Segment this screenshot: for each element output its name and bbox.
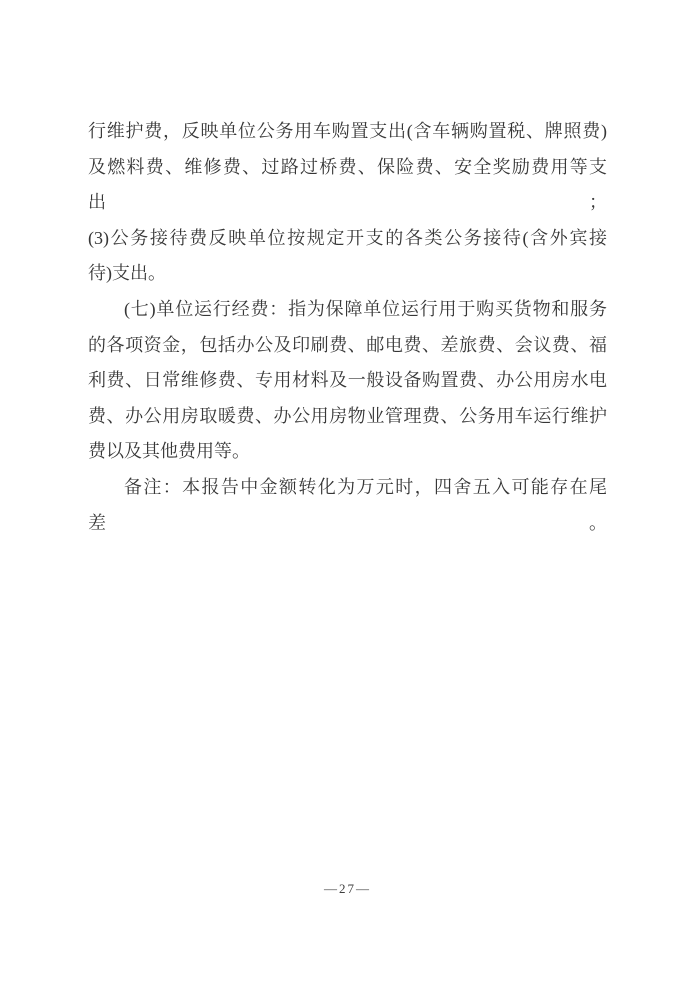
paragraph-vehicle-expense-line: 行维护费，反映单位公务用车购置支出(含车辆购置税、牌照费) (88, 114, 607, 150)
document-page: 行维护费，反映单位公务用车购置支出(含车辆购置税、牌照费) 及燃料费、维修费、过… (0, 0, 695, 983)
paragraph-operating-funds-line: 的各项资金，包括办公及印刷费、邮电费、差旅费、会议费、福 (88, 328, 607, 364)
paragraph-operating-funds-line: 费以及其他费用等。 (88, 434, 607, 470)
text-block: 行维护费，反映单位公务用车购置支出(含车辆购置税、牌照费) 及燃料费、维修费、过… (88, 114, 607, 541)
paragraph-operating-funds-line: (七)单位运行经费：指为保障单位运行用于购买货物和服务 (88, 292, 607, 328)
paragraph-operating-funds-line: 费、办公用房取暖费、办公用房物业管理费、公务用车运行维护 (88, 399, 607, 435)
paragraph-reception-expense-line: (3)公务接待费反映单位按规定开支的各类公务接待(含外宾接 (88, 221, 607, 257)
page-number: —27— (0, 881, 695, 897)
paragraph-vehicle-expense-line: 及燃料费、维修费、过路过桥费、保险费、安全奖励费用等支出； (88, 150, 607, 221)
paragraph-operating-funds-line: 利费、日常维修费、专用材料及一般设备购置费、办公用房水电 (88, 363, 607, 399)
remark-line: 备注：本报告中金额转化为万元时，四舍五入可能存在尾差。 (88, 470, 607, 541)
paragraph-reception-expense-line: 待)支出。 (88, 256, 607, 292)
